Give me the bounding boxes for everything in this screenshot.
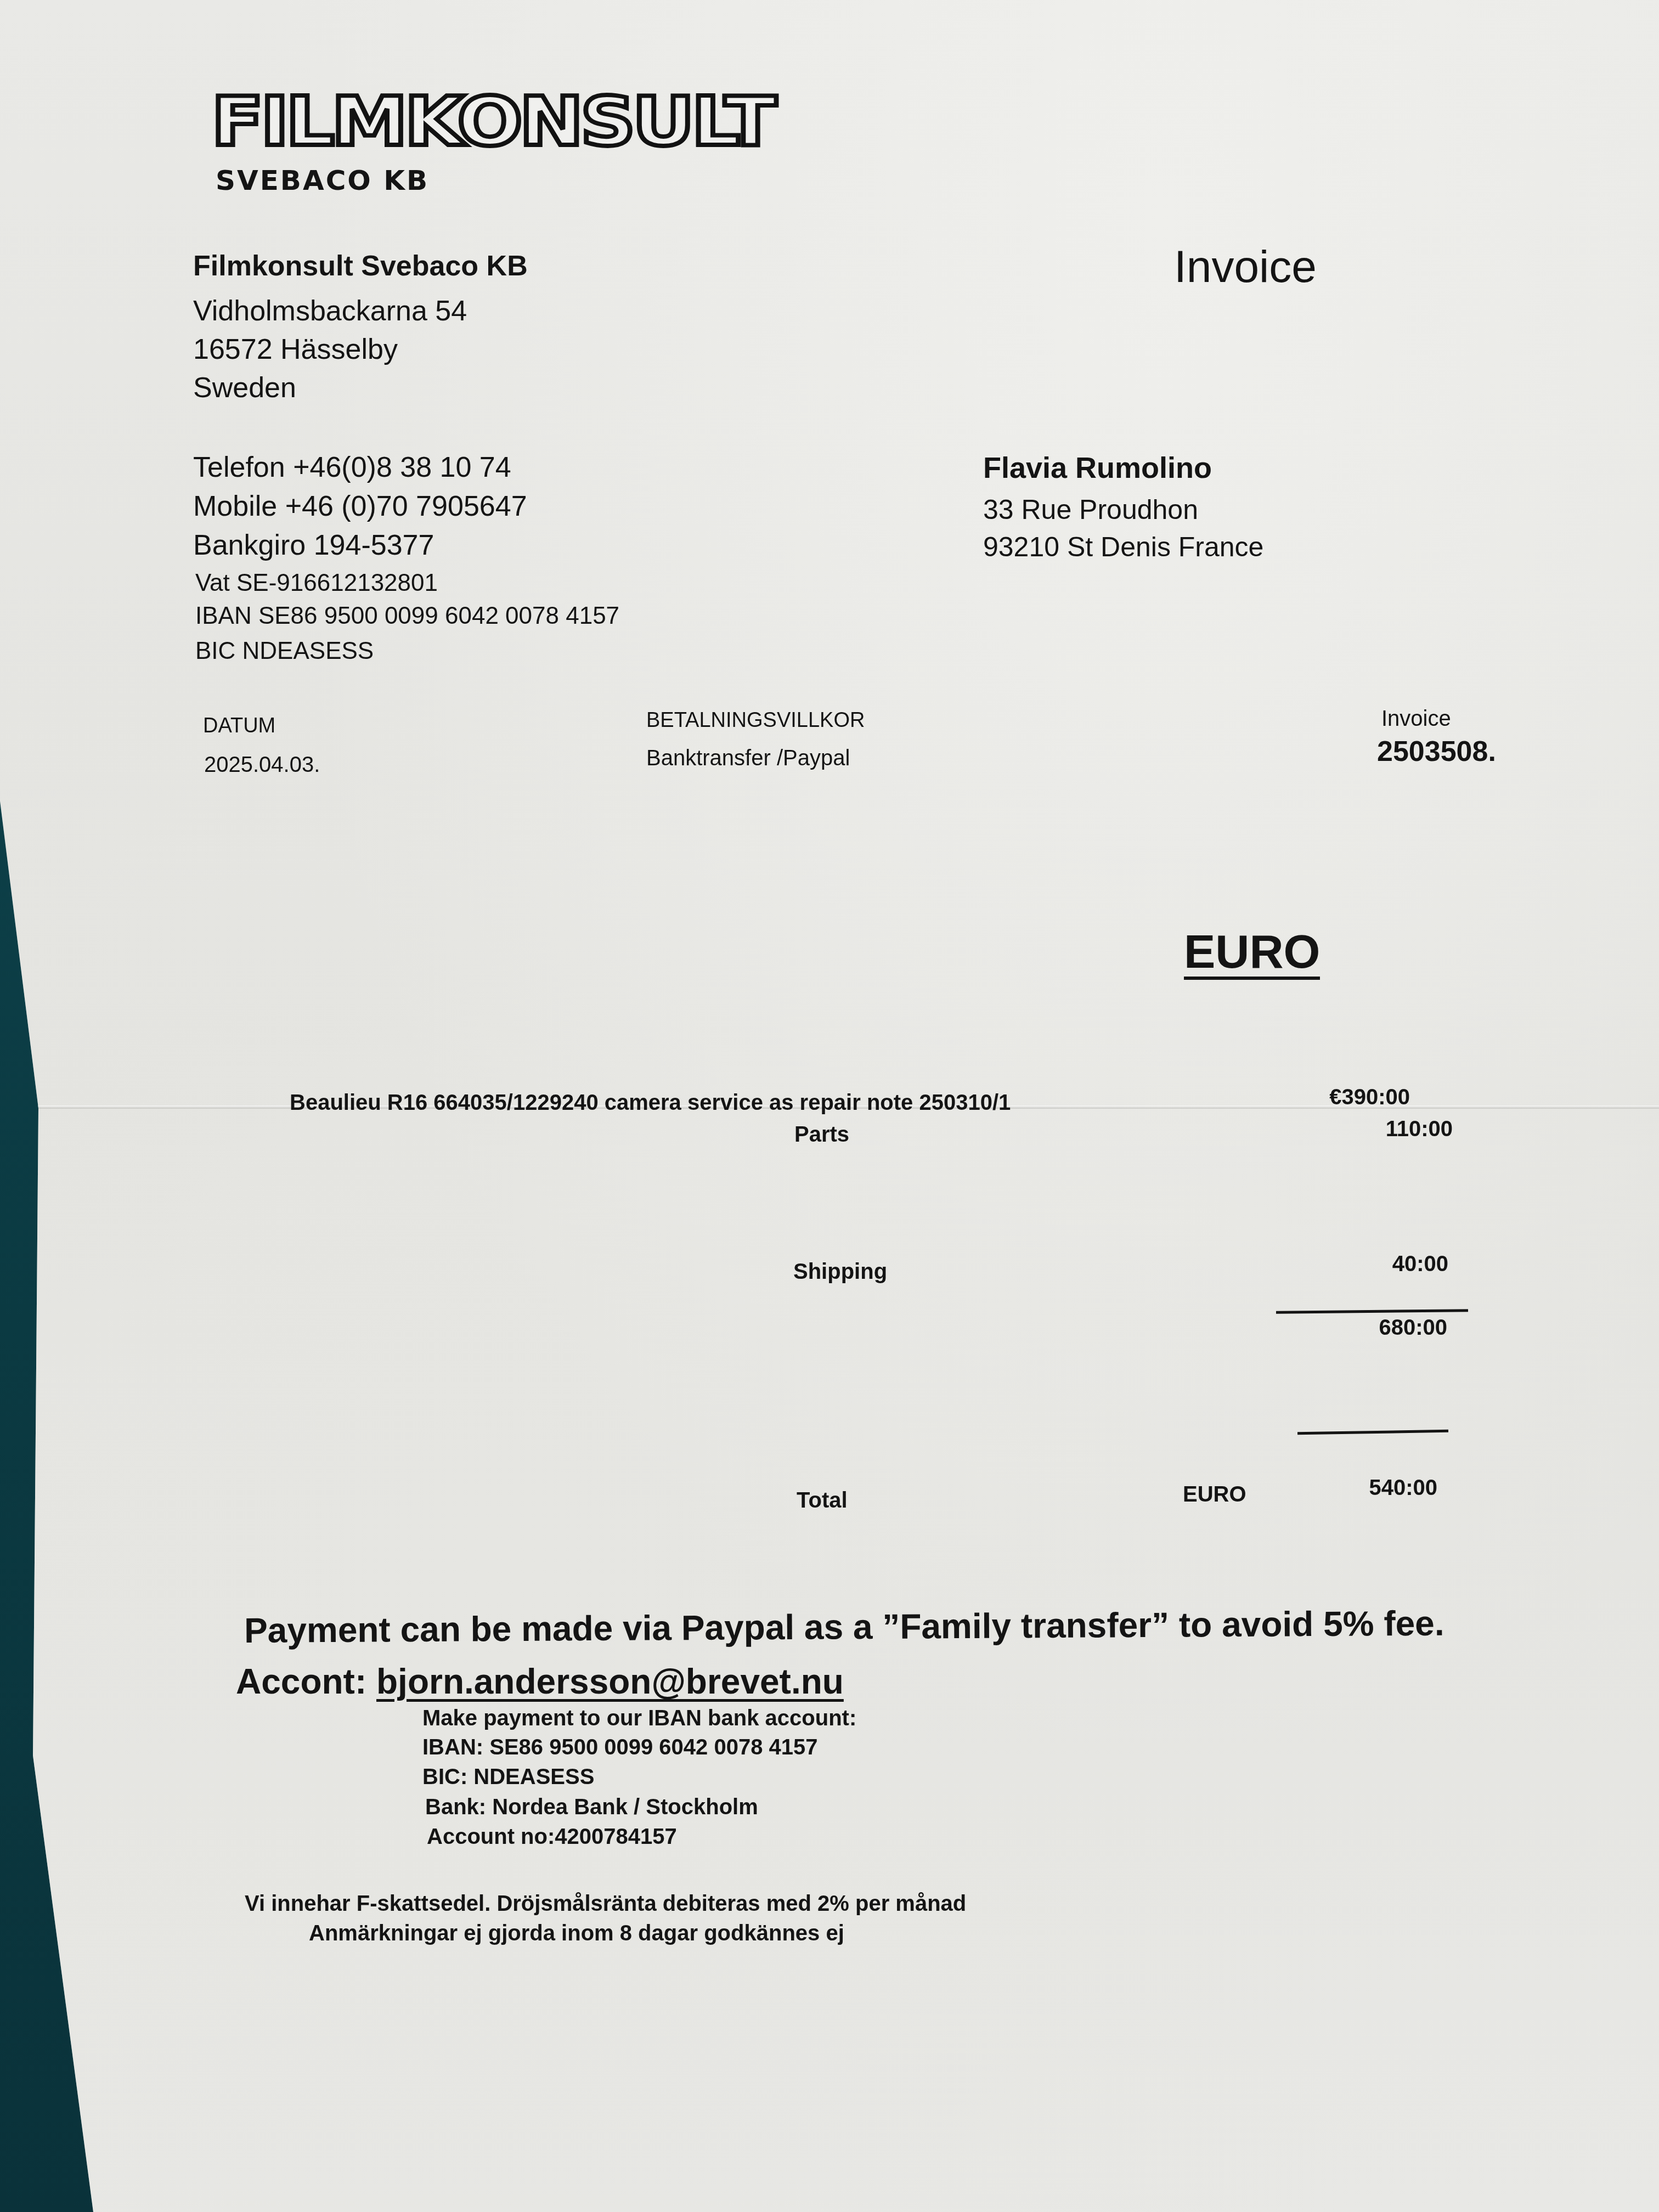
- line-item-description: Parts: [794, 1122, 849, 1147]
- total-amount: 540:00: [1273, 1476, 1437, 1500]
- sender-bankgiro: Bankgiro 194-5377: [193, 529, 434, 562]
- invoice-number: 2503508.: [1377, 735, 1496, 768]
- invoice-number-label: Invoice: [1381, 707, 1451, 731]
- customer-street: 33 Rue Proudhon: [983, 494, 1198, 526]
- line-item-description: Beaulieu R16 664035/1229240 camera servi…: [290, 1091, 1011, 1115]
- bank-iban: IBAN: SE86 9500 0099 6042 0078 4157: [422, 1735, 818, 1760]
- company-logo-subtitle: SVEBACO KB: [216, 165, 429, 196]
- bank-bic: BIC: NDEASESS: [422, 1765, 594, 1790]
- paypal-account-label: Accont:: [236, 1662, 376, 1701]
- sender-city: 16572 Hässelby: [193, 333, 398, 366]
- line-item-amount: €390:00: [1245, 1085, 1410, 1110]
- sender-mobile: Mobile +46 (0)70 7905647: [193, 490, 527, 523]
- line-item-amount: 40:00: [1284, 1252, 1448, 1277]
- customer-name: Flavia Rumolino: [983, 451, 1212, 485]
- sender-telefon: Telefon +46(0)8 38 10 74: [193, 451, 511, 484]
- document-title: Invoice: [1174, 241, 1317, 293]
- footer-tax-note: Vi innehar F-skattsedel. Dröjsmålsränta …: [245, 1892, 966, 1916]
- bank-name: Bank: Nordea Bank / Stockholm: [425, 1795, 758, 1820]
- total-label: Total: [797, 1488, 848, 1513]
- date-value: 2025.04.03.: [204, 753, 320, 777]
- sender-name: Filmkonsult Svebaco KB: [193, 250, 528, 283]
- payment-terms-value: Banktransfer /Paypal: [646, 746, 850, 771]
- currency-heading: EURO: [1184, 927, 1320, 980]
- line-item-amount: 110:00: [1288, 1117, 1453, 1142]
- sender-bic: BIC NDEASESS: [195, 637, 374, 665]
- line-item-description: Shipping: [793, 1260, 887, 1284]
- total-currency: EURO: [1183, 1482, 1246, 1507]
- company-logo: FILMKONSULT: [211, 82, 774, 161]
- sender-iban: IBAN SE86 9500 0099 6042 0078 4157: [195, 602, 619, 630]
- paypal-account-email[interactable]: bjorn.andersson@brevet.nu: [376, 1662, 844, 1701]
- subtotal-rule: [1276, 1309, 1468, 1314]
- date-label: DATUM: [203, 714, 275, 738]
- customer-city: 93210 St Denis France: [983, 531, 1263, 563]
- payment-terms-label: BETALNINGSVILLKOR: [646, 709, 865, 732]
- subtotal-amount: 680:00: [1283, 1316, 1447, 1340]
- bank-instruction: Make payment to our IBAN bank account:: [422, 1706, 856, 1731]
- sender-street: Vidholmsbackarna 54: [193, 295, 467, 328]
- bank-account-number: Account no:4200784157: [427, 1825, 677, 1849]
- paypal-note: Payment can be made via Paypal as a ”Fam…: [244, 1603, 1444, 1651]
- total-rule: [1297, 1430, 1448, 1435]
- sender-vat: Vat SE-916612132801: [195, 569, 438, 597]
- footer-remarks-note: Anmärkningar ej gjorda inom 8 dagar godk…: [309, 1921, 844, 1946]
- paypal-account: Accont: bjorn.andersson@brevet.nu: [236, 1661, 844, 1702]
- invoice-paper: FILMKONSULT SVEBACO KB Filmkonsult Sveba…: [0, 0, 1659, 2212]
- sender-country: Sweden: [193, 371, 296, 404]
